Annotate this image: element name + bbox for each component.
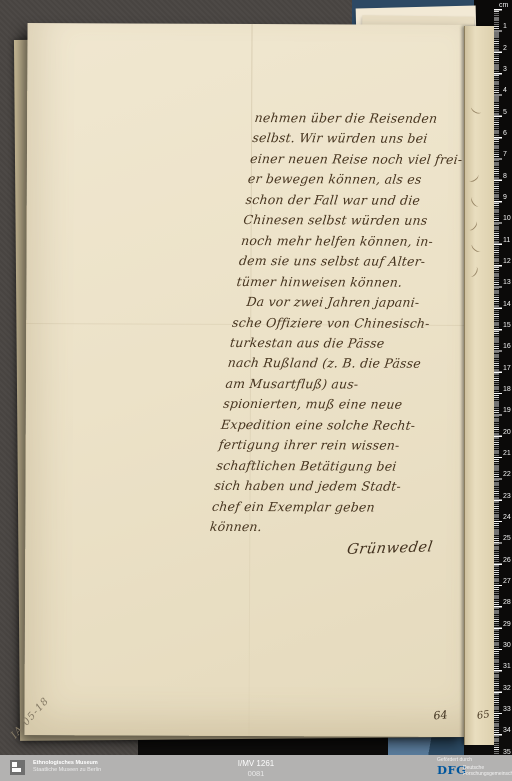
funder-name-line: Forschungsgemeinschaft bbox=[463, 771, 512, 777]
handwritten-line: können. bbox=[209, 517, 451, 538]
handwritten-line: noch mehr helfen können, in- bbox=[240, 231, 482, 252]
handwritten-line: Chinesen selbst würden uns bbox=[242, 210, 484, 231]
ink-bleed-mark bbox=[470, 104, 483, 115]
ink-bleed-mark bbox=[469, 195, 481, 208]
handwritten-line: tümer hinweisen können. bbox=[236, 272, 478, 293]
folio-number: 65 bbox=[476, 709, 490, 722]
handwritten-letter-body: nehmen über die Reisenden selbst. Wir wü… bbox=[209, 108, 496, 538]
ruler-unit-label: cm bbox=[499, 2, 508, 9]
handwritten-line: dem sie uns selbst auf Alter- bbox=[238, 251, 480, 272]
handwritten-line: am Musartfluß) aus- bbox=[224, 374, 466, 395]
handwritten-line: sich haben und jedem Stadt- bbox=[213, 476, 455, 497]
handwritten-line: nach Rußland (z. B. die Pässe bbox=[227, 353, 469, 374]
handwritten-line: chef ein Exemplar geben bbox=[211, 496, 453, 517]
signature-gruenwedel: Grünwedel bbox=[346, 539, 434, 558]
handwritten-line: selbst. Wir würden uns bei bbox=[251, 128, 493, 149]
handwritten-line: Da vor zwei Jahren japani- bbox=[233, 292, 475, 313]
handwritten-line: schon der Fall war und die bbox=[245, 190, 487, 211]
folio-number: 64 bbox=[433, 708, 448, 722]
handwritten-line: spionierten, muß eine neue bbox=[222, 394, 464, 415]
handwritten-line: nehmen über die Reisenden bbox=[254, 108, 496, 129]
scanned-archive-page: nehmen über die Reisenden selbst. Wir wü… bbox=[0, 0, 512, 781]
funder-name: Deutsche Forschungsgemeinschaft bbox=[463, 765, 512, 777]
handwritten-line: sche Offiziere von Chinesisch- bbox=[231, 312, 473, 333]
image-number-label: 0081 bbox=[0, 769, 512, 778]
ink-bleed-mark bbox=[468, 265, 480, 278]
ruler-centimeter-ticks bbox=[494, 9, 502, 755]
handwritten-line: Expedition eine solche Recht- bbox=[220, 415, 462, 436]
handwritten-line: turkestan aus die Pässe bbox=[229, 333, 471, 354]
footer-metadata-bar: Ethnologisches Museum Staatliche Museen … bbox=[0, 755, 512, 781]
handwritten-line: schaftlichen Betätigung bei bbox=[215, 456, 457, 477]
dfg-funding-block: Gefördert durch DFG Deutsche Forschungsg… bbox=[437, 757, 509, 779]
handwritten-line: einer neuen Reise noch viel frei- bbox=[249, 149, 491, 170]
adjacent-page-edge: 65 bbox=[464, 26, 494, 745]
handwritten-line: fertigung ihrer rein wissen- bbox=[218, 435, 460, 456]
letter-page: nehmen über die Reisenden selbst. Wir wü… bbox=[24, 23, 467, 737]
ink-bleed-mark bbox=[470, 241, 483, 253]
ink-bleed-mark bbox=[467, 171, 480, 183]
shelfmark-label: I/MV 1261 bbox=[0, 759, 512, 768]
handwritten-line: er bewegen können, als es bbox=[247, 169, 489, 190]
ink-bleed-mark bbox=[466, 219, 478, 232]
